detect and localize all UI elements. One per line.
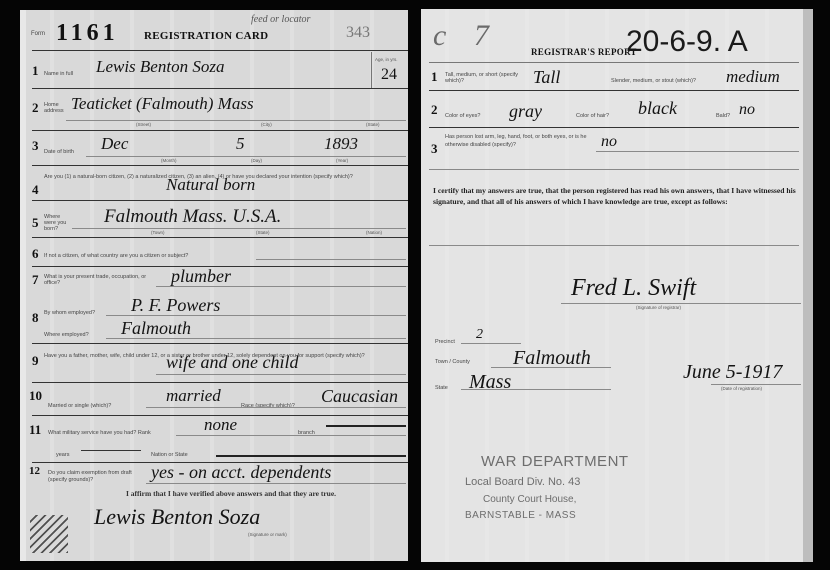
birth-month-value: Dec — [101, 134, 128, 154]
serial-number-right: 343 — [346, 24, 370, 42]
serial-number-left: 1161 — [56, 20, 119, 47]
affirmation-text: I affirm that I have verified above answ… — [126, 489, 336, 498]
state-value: Mass — [469, 371, 511, 394]
employer-location-value: Falmouth — [121, 318, 191, 339]
registrar-signature: Fred L. Swift — [571, 275, 696, 302]
occupation-value: plumber — [171, 266, 231, 287]
hair-color-value: black — [638, 98, 677, 119]
race-value: Caucasian — [321, 386, 398, 407]
citizenship-value: Natural born — [166, 175, 255, 195]
stamp-number: 20-6-9. A — [626, 25, 748, 59]
home-address-value: Teaticket (Falmouth) Mass — [71, 94, 254, 114]
certification-text: I certify that my answers are true, that… — [433, 185, 799, 207]
stamp-war-department: WAR DEPARTMENT — [481, 453, 629, 470]
build-value: medium — [726, 67, 780, 87]
registrar-report-title: REGISTRAR'S REPORT — [531, 47, 637, 57]
corner-mark: c 7 — [433, 19, 499, 53]
stamp-barnstable: BARNSTABLE - MASS — [465, 510, 576, 521]
marital-status-value: married — [166, 386, 221, 406]
height-value: Tall — [533, 67, 560, 88]
card-title: REGISTRATION CARD — [144, 30, 268, 42]
dependents-value: wife and one child — [166, 352, 298, 373]
eye-color-value: gray — [509, 101, 542, 122]
header-annotation: feed or locator — [251, 14, 310, 25]
stamp-local-board: Local Board Div. No. 43 — [465, 476, 580, 488]
disability-value: no — [601, 133, 617, 151]
exemption-claim-value: yes - on acct. dependents — [151, 462, 331, 483]
age-value: 24 — [381, 66, 397, 84]
registration-date: June 5-1917 — [683, 361, 782, 384]
name-value: Lewis Benton Soza — [96, 57, 224, 77]
stamp-court-house: County Court House, — [483, 494, 576, 505]
registration-card-back: c 7 REGISTRAR'S REPORT 20-6-9. A 1 Tall,… — [421, 9, 813, 562]
birth-day-value: 5 — [236, 134, 245, 154]
military-rank-value: none — [204, 415, 237, 435]
precinct-value: 2 — [476, 327, 483, 343]
corner-cut-marking — [30, 515, 68, 553]
employer-value: P. F. Powers — [131, 295, 220, 316]
registration-card-front: Form 1161 REGISTRATION CARD feed or loca… — [20, 10, 408, 561]
birthplace-value: Falmouth Mass. U.S.A. — [104, 206, 281, 228]
birth-year-value: 1893 — [324, 134, 358, 154]
form-label: Form — [31, 31, 45, 37]
registrant-signature: Lewis Benton Soza — [94, 504, 260, 530]
bald-value: no — [739, 101, 755, 119]
